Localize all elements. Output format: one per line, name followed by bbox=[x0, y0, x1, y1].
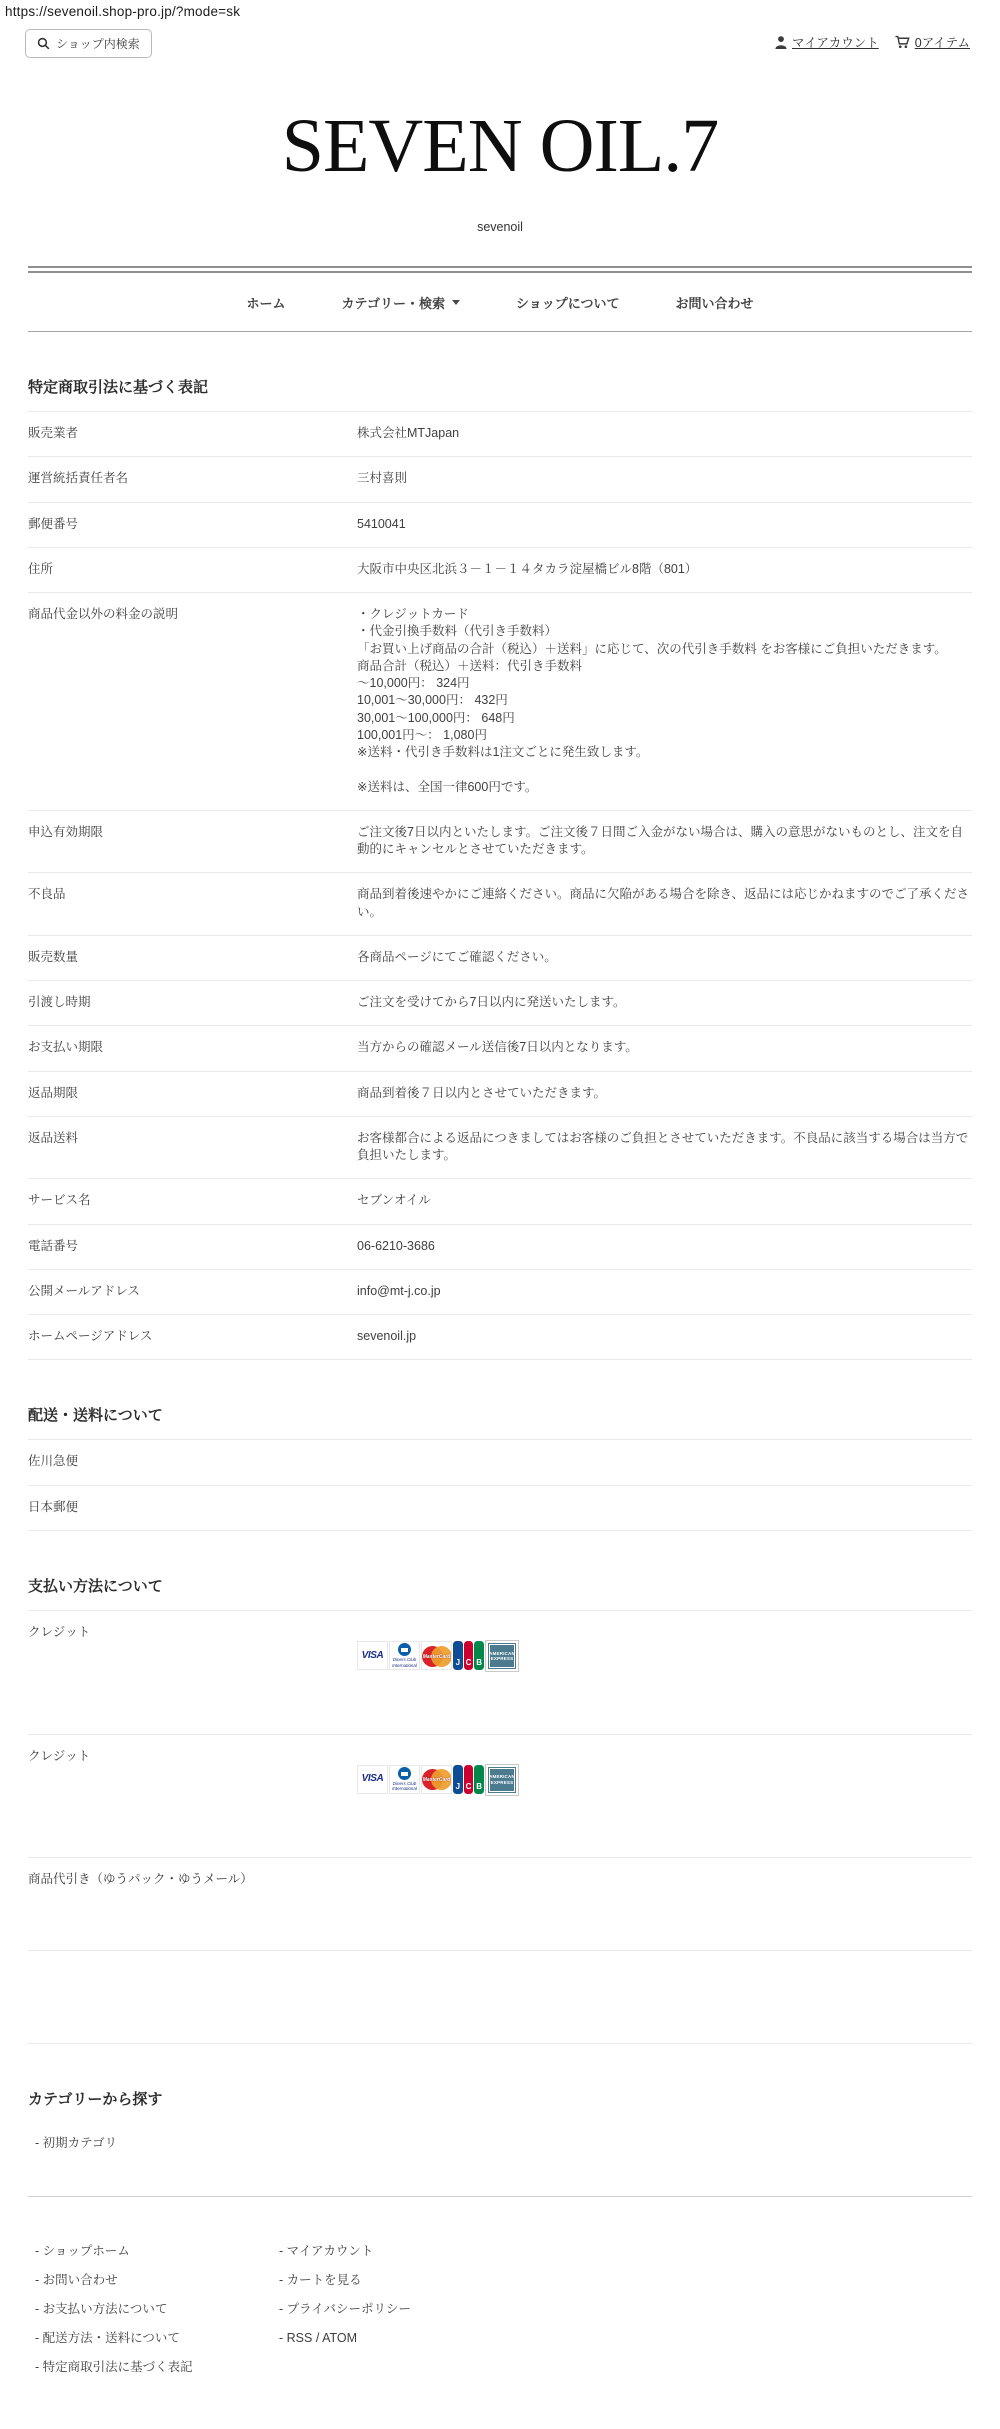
nav-item[interactable]: カテゴリー・検索 bbox=[342, 293, 460, 312]
table-row: 返品期限 商品到着後７日以内とさせていただきます。 bbox=[28, 1072, 972, 1117]
nav-item-label: カテゴリー・検索 bbox=[342, 293, 445, 312]
footer-link[interactable]: 特定商取引法に基づく表記 bbox=[28, 2359, 272, 2382]
category-link[interactable]: 初期カテゴリ bbox=[28, 2129, 972, 2196]
row-label: クレジット bbox=[28, 1748, 357, 1831]
row-label: 佐川急便 bbox=[28, 1453, 357, 1470]
nav-item[interactable]: ショップについて bbox=[516, 293, 619, 312]
row-label: 申込有効期限 bbox=[28, 824, 357, 859]
category-list: 初期カテゴリ bbox=[28, 2123, 972, 2196]
nav-item[interactable]: お問い合わせ bbox=[675, 293, 753, 312]
footer-links-col1: ショップホーム お問い合わせ お支払い方法について 配送方法・送料について 特定… bbox=[28, 2243, 272, 2388]
row-label: 引渡し時期 bbox=[28, 994, 357, 1011]
row-value: 株式会社MTJapan bbox=[357, 425, 972, 442]
row-label: クレジット bbox=[28, 1624, 357, 1707]
payment-table: クレジット VISADiners Club InternationalMaste… bbox=[28, 1611, 972, 2044]
row-value: sevenoil.jp bbox=[357, 1328, 972, 1345]
row-value bbox=[357, 1453, 972, 1470]
nav-menu: ホーム カテゴリー・検索 ショップについて お問い合わせ bbox=[28, 273, 972, 332]
shop-search-button[interactable]: ショップ内検索 bbox=[25, 29, 152, 58]
nav-item-label: ショップについて bbox=[516, 293, 619, 312]
row-label: 公開メールアドレス bbox=[28, 1283, 357, 1300]
row-label: 返品期限 bbox=[28, 1085, 357, 1102]
row-value: 各商品ページにてご確認ください。 bbox=[357, 949, 972, 966]
payment-section-title: 支払い方法について bbox=[28, 1531, 972, 1611]
card-brand-icons: VISADiners Club InternationalMasterCardJ… bbox=[357, 1641, 972, 1672]
row-label: お支払い期限 bbox=[28, 1039, 357, 1056]
footer-link[interactable]: RSS / ATOM bbox=[272, 2330, 516, 2353]
amex-card-icon: AMERICAN EXPRESS bbox=[485, 1640, 519, 1672]
table-row: 販売業者 株式会社MTJapan bbox=[28, 412, 972, 457]
row-label: 商品代引き（ゆうパック・ゆうメール） bbox=[28, 1871, 357, 1923]
row-value: ・クレジットカード ・代金引換手数料（代引き手数料） 「お買い上げ商品の合計（税… bbox=[357, 606, 972, 796]
shop-logo[interactable]: SEVEN OIL.7 bbox=[0, 108, 1000, 184]
my-account-label: マイアカウント bbox=[792, 33, 879, 51]
row-value: お客様都合による返品につきましてはお客様のご負担とさせていただきます。不良品に該… bbox=[357, 1130, 972, 1165]
cart-icon bbox=[895, 35, 910, 49]
table-row: 佐川急便 bbox=[28, 1440, 972, 1485]
legal-table: 販売業者 株式会社MTJapan 運営統括責任者名 三村喜則 郵便番号 5410… bbox=[28, 412, 972, 1360]
row-label: 電話番号 bbox=[28, 1238, 357, 1255]
visa-card-icon: VISA bbox=[357, 1765, 388, 1794]
row-value: 当方からの確認メール送信後7日以内となります。 bbox=[357, 1039, 972, 1056]
topbar: https://sevenoil.shop-pro.jp/?mode=sk ショ… bbox=[0, 0, 1000, 72]
nav-item-label: お問い合わせ bbox=[675, 293, 753, 312]
main-content: 特定商取引法に基づく表記 販売業者 株式会社MTJapan 運営統括責任者名 三… bbox=[28, 332, 972, 2196]
amex-card-icon: AMERICAN EXPRESS bbox=[485, 1764, 519, 1796]
table-row: 商品代金以外の料金の説明 ・クレジットカード ・代金引換手数料（代引き手数料） … bbox=[28, 593, 972, 811]
row-value: 大阪市中央区北浜３－１－１４タカラ淀屋橋ビル8階（801） bbox=[357, 561, 972, 578]
table-row: 電話番号 06-6210-3686 bbox=[28, 1225, 972, 1270]
row-value: info@mt-j.co.jp bbox=[357, 1283, 972, 1300]
row-label: 運営統括責任者名 bbox=[28, 470, 357, 487]
row-label: 郵便番号 bbox=[28, 516, 357, 533]
row-label: 住所 bbox=[28, 561, 357, 578]
cart-count-label: 0アイテム bbox=[915, 33, 970, 51]
table-row: サービス名 セブンオイル bbox=[28, 1179, 972, 1224]
diners-card-icon: Diners Club International bbox=[389, 1641, 420, 1670]
row-value: VISADiners Club InternationalMasterCardJ… bbox=[357, 1748, 972, 1831]
footer-link[interactable]: お問い合わせ bbox=[28, 2272, 272, 2295]
table-row: 販売数量 各商品ページにてご確認ください。 bbox=[28, 936, 972, 981]
shipping-table: 佐川急便 日本郵便 bbox=[28, 1440, 972, 1531]
row-label: 日本郵便 bbox=[28, 1499, 357, 1516]
table-row: 商品代引き（ゆうパック・ゆうメール） bbox=[28, 1858, 972, 1951]
table-row: ホームページアドレス sevenoil.jp bbox=[28, 1315, 972, 1360]
search-button-label: ショップ内検索 bbox=[56, 35, 140, 52]
footer-link[interactable]: カートを見る bbox=[272, 2272, 516, 2295]
table-row: お支払い期限 当方からの確認メール送信後7日以内となります。 bbox=[28, 1026, 972, 1071]
top-links: マイアカウント 0アイテム bbox=[775, 33, 970, 51]
table-row: 運営統括責任者名 三村喜則 bbox=[28, 457, 972, 502]
search-icon bbox=[37, 37, 50, 50]
footer-link[interactable]: プライバシーポリシー bbox=[272, 2301, 516, 2324]
card-brand-icons: VISADiners Club InternationalMasterCardJ… bbox=[357, 1765, 972, 1796]
row-value: 商品到着後７日以内とさせていただきます。 bbox=[357, 1085, 972, 1102]
footer-link[interactable]: ショップホーム bbox=[28, 2243, 272, 2266]
visa-card-icon: VISA bbox=[357, 1641, 388, 1670]
table-row: 返品送料 お客様都合による返品につきましてはお客様のご負担とさせていただきます。… bbox=[28, 1117, 972, 1180]
row-value: 商品到着後速やかにご連絡ください。商品に欠陥がある場合を除き、返品には応じかねま… bbox=[357, 886, 972, 921]
categories-section-title: カテゴリーから探す bbox=[28, 2044, 972, 2123]
row-label: 販売業者 bbox=[28, 425, 357, 442]
cart-link[interactable]: 0アイテム bbox=[895, 33, 970, 51]
row-label: 販売数量 bbox=[28, 949, 357, 966]
table-row: 申込有効期限 ご注文後7日以内といたします。ご注文後７日間ご入金がない場合は、購… bbox=[28, 811, 972, 874]
row-value bbox=[357, 1871, 972, 1923]
row-label: 返品送料 bbox=[28, 1130, 357, 1165]
row-value: ご注文を受けてから7日以内に発送いたします。 bbox=[357, 994, 972, 1011]
shipping-section-title: 配送・送料について bbox=[28, 1360, 972, 1440]
jcb-card-icon: JCB bbox=[453, 1641, 484, 1670]
nav-double-rule bbox=[28, 266, 972, 273]
row-value bbox=[357, 1499, 972, 1516]
row-value: セブンオイル bbox=[357, 1192, 972, 1209]
row-label: ホームページアドレス bbox=[28, 1328, 357, 1345]
mastercard-card-icon: MasterCard bbox=[421, 1641, 452, 1670]
row-value: VISADiners Club InternationalMasterCardJ… bbox=[357, 1624, 972, 1707]
footer: ショップホーム お問い合わせ お支払い方法について 配送方法・送料について 特定… bbox=[28, 2196, 972, 2429]
row-value: 5410041 bbox=[357, 516, 972, 533]
nav-item[interactable]: ホーム bbox=[247, 293, 286, 312]
footer-links-col2: マイアカウント カートを見る プライバシーポリシー RSS / ATOM bbox=[272, 2243, 516, 2388]
table-row: 郵便番号 5410041 bbox=[28, 503, 972, 548]
footer-link[interactable]: お支払い方法について bbox=[28, 2301, 272, 2324]
shop-tagline: sevenoil bbox=[0, 220, 1000, 234]
mastercard-card-icon: MasterCard bbox=[421, 1765, 452, 1794]
row-value: 06-6210-3686 bbox=[357, 1238, 972, 1255]
row-value: ご注文後7日以内といたします。ご注文後７日間ご入金がない場合は、購入の意思がない… bbox=[357, 824, 972, 859]
table-row: 住所 大阪市中央区北浜３－１－１４タカラ淀屋橋ビル8階（801） bbox=[28, 548, 972, 593]
my-account-link[interactable]: マイアカウント bbox=[775, 33, 879, 51]
table-row: 不良品 商品到着後速やかにご連絡ください。商品に欠陥がある場合を除き、返品には応… bbox=[28, 873, 972, 936]
legal-section-title: 特定商取引法に基づく表記 bbox=[28, 332, 972, 412]
user-icon bbox=[775, 36, 787, 49]
jcb-card-icon: JCB bbox=[453, 1765, 484, 1794]
footer-link[interactable]: マイアカウント bbox=[272, 2243, 516, 2266]
diners-card-icon: Diners Club International bbox=[389, 1765, 420, 1794]
row-label bbox=[28, 1964, 357, 2016]
row-label: 不良品 bbox=[28, 886, 357, 921]
table-row bbox=[28, 1951, 972, 2044]
row-label: 商品代金以外の料金の説明 bbox=[28, 606, 357, 796]
page-url: https://sevenoil.shop-pro.jp/?mode=sk bbox=[5, 4, 240, 19]
table-row: 引渡し時期 ご注文を受けてから7日以内に発送いたします。 bbox=[28, 981, 972, 1026]
table-row: 公開メールアドレス info@mt-j.co.jp bbox=[28, 1270, 972, 1315]
chevron-down-icon bbox=[452, 300, 460, 305]
row-label: サービス名 bbox=[28, 1192, 357, 1209]
footer-link[interactable]: 配送方法・送料について bbox=[28, 2330, 272, 2353]
row-value: 三村喜則 bbox=[357, 470, 972, 487]
table-row: クレジット VISADiners Club InternationalMaste… bbox=[28, 1735, 972, 1859]
table-row: 日本郵便 bbox=[28, 1486, 972, 1531]
table-row: クレジット VISADiners Club InternationalMaste… bbox=[28, 1611, 972, 1735]
nav-item-label: ホーム bbox=[247, 293, 286, 312]
main-nav: ホーム カテゴリー・検索 ショップについて お問い合わせ bbox=[28, 266, 972, 332]
row-value bbox=[357, 1964, 972, 2016]
